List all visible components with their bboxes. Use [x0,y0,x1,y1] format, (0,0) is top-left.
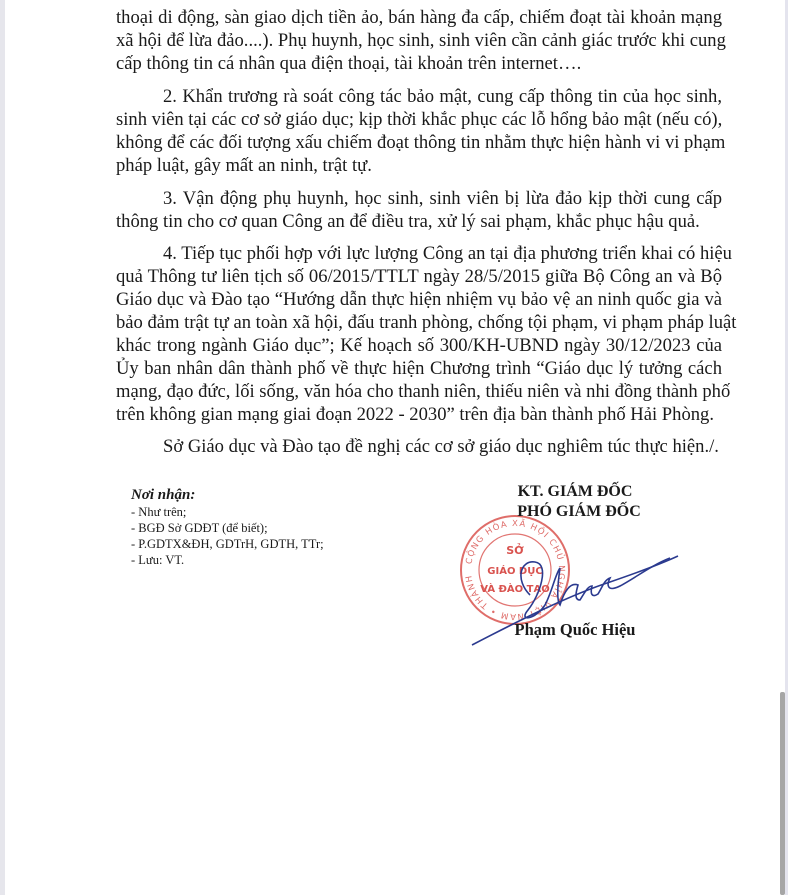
text-line: mạng, đạo đức, lối sống, văn hóa cho tha… [116,380,722,403]
text-line: xã hội để lừa đảo....). Phụ huynh, học s… [116,29,722,52]
text-line: bảo đảm trật tự an toàn xã hội, đấu tran… [116,311,722,334]
paragraph-p1-continued: thoại di động, sàn giao dịch tiền ảo, bá… [116,6,722,75]
recipient-item: - Lưu: VT. [131,552,324,568]
text-line: sinh viên tại các cơ sở giáo dục; kịp th… [116,108,722,131]
text-line: trên không gian mạng giai đoạn 2022 - 20… [116,403,722,426]
recipient-item: - BGĐ Sở GDĐT (để biết); [131,520,324,536]
text-line: quả Thông tư liên tịch số 06/2015/TTLT n… [116,265,722,288]
viewer-left-edge [0,0,5,895]
recipient-item: - P.GDTX&ĐH, GDTrH, GDTH, TTr; [131,536,324,552]
signature-block: KT. GIÁM ĐỐC PHÓ GIÁM ĐỐC Phạm Quốc Hiệu [485,482,665,522]
scrollbar-thumb[interactable] [780,692,785,895]
paragraph-p3: 3. Vận động phụ huynh, học sinh, sinh vi… [116,187,722,233]
signer-role-line1: KT. GIÁM ĐỐC [485,482,665,502]
document-body: thoại di động, sàn giao dịch tiền ảo, bá… [116,6,722,458]
handwritten-signature-icon [460,520,680,660]
text-line: 3. Vận động phụ huynh, học sinh, sinh vi… [116,187,722,210]
text-line: cấp thông tin cá nhân qua điện thoại, tà… [116,52,722,75]
paragraph-p2: 2. Khẩn trương rà soát công tác bảo mật,… [116,85,722,177]
recipients-block: Nơi nhận: - Như trên;- BGĐ Sở GDĐT (để b… [131,486,324,568]
text-line: khác trong ngành Giáo dục”; Kế hoạch số … [116,334,722,357]
recipients-title: Nơi nhận: [131,486,324,504]
text-line: không để các đối tượng xấu chiếm đoạt th… [116,131,722,154]
text-line: thông tin cho cơ quan Công an để điều tr… [116,210,722,233]
recipients-list: - Như trên;- BGĐ Sở GDĐT (để biết);- P.G… [131,504,324,568]
text-line: Sở Giáo dục và Đào tạo đề nghị các cơ sở… [116,435,722,458]
text-line: thoại di động, sàn giao dịch tiền ảo, bá… [116,6,722,29]
text-line: 4. Tiếp tục phối hợp với lực lượng Công … [116,242,722,265]
text-line: pháp luật, gây mất an ninh, trật tự. [116,154,722,177]
paragraph-p4: 4. Tiếp tục phối hợp với lực lượng Công … [116,242,722,426]
text-line: Ủy ban nhân dân thành phố về thực hiện C… [116,357,722,380]
text-line: Giáo dục và Đào tạo “Hướng dẫn thực hiện… [116,288,722,311]
paragraph-p5: Sở Giáo dục và Đào tạo đề nghị các cơ sở… [116,435,722,458]
scrollbar-track[interactable] [785,0,788,895]
text-line: 2. Khẩn trương rà soát công tác bảo mật,… [116,85,722,108]
signer-role-line2: PHÓ GIÁM ĐỐC [493,502,665,522]
recipient-item: - Như trên; [131,504,324,520]
